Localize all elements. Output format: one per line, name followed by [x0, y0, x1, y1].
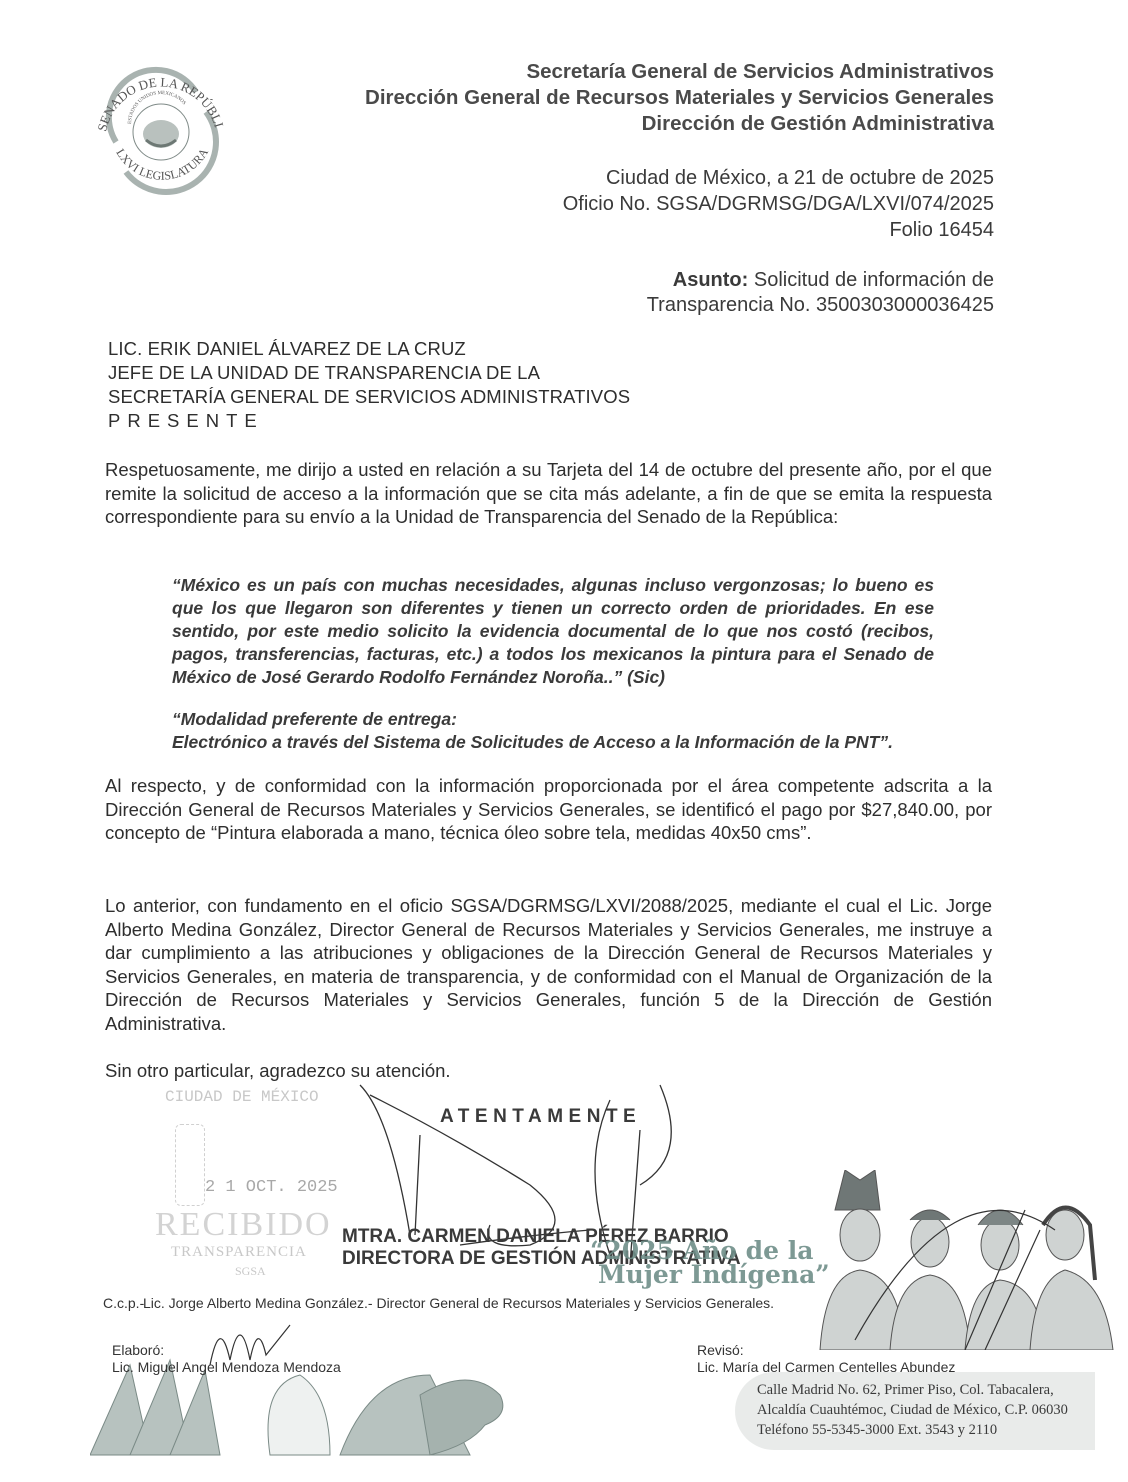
footer-phone: Teléfono 55-5345-3000 Ext. 3543 y 2110 [757, 1420, 1068, 1440]
paragraph-fundamento: Lo anterior, con fundamento en el oficio… [105, 894, 992, 1035]
motto-line2: Mujer Indígena” [598, 1262, 830, 1288]
stamp-frame [175, 1124, 205, 1206]
modalidad-line2: Electrónico a través del Sistema de Soli… [172, 731, 972, 754]
stamp-unit: SGSA [235, 1264, 266, 1279]
addressee-title-2: SECRETARÍA GENERAL DE SERVICIOS ADMINIST… [108, 385, 630, 408]
addressee-name: LIC. ERIK DANIEL ÁLVAREZ DE LA CRUZ [108, 337, 466, 360]
paragraph-response: Al respecto, y de conformidad con la inf… [105, 774, 992, 845]
request-quote: “México es un país con muchas necesidade… [172, 574, 934, 689]
elaboro-label: Elaboró: [112, 1341, 164, 1359]
modalidad-line1: “Modalidad preferente de entrega: [172, 708, 972, 731]
initials-scribble-icon [200, 1310, 300, 1370]
ccp-label: C.c.p.- [103, 1294, 144, 1312]
asunto: Asunto: Solicitud de información de [673, 267, 994, 293]
footer-address-line2: Alcaldía Cuauhtémoc, Ciudad de México, C… [757, 1400, 1068, 1420]
header-secretaria: Secretaría General de Servicios Administ… [526, 59, 994, 85]
oficio-number: Oficio No. SGSA/DGRMSG/DGA/LXVI/074/2025 [563, 191, 994, 217]
place-date: Ciudad de México, a 21 de octubre de 202… [606, 165, 994, 191]
asunto-line2: Transparencia No. 3500303000036425 [647, 292, 994, 318]
footer-address: Calle Madrid No. 62, Primer Piso, Col. T… [757, 1380, 1068, 1440]
senate-seal: SENADO DE LA REPÚBLICA ESTADOS UNIDOS ME… [86, 52, 236, 202]
stamp-received: RECIBIDO [155, 1206, 332, 1244]
header-direccion: Dirección de Gestión Administrativa [642, 111, 994, 137]
senate-seal-icon: SENADO DE LA REPÚBLICA ESTADOS UNIDOS ME… [86, 52, 236, 202]
asunto-text: Solicitud de información de [748, 269, 994, 291]
header-direccion-general: Dirección General de Recursos Materiales… [365, 85, 994, 111]
folio-number: Folio 16454 [889, 217, 994, 243]
atentamente: ATENTAMENTE [440, 1106, 641, 1128]
paragraph-intro: Respetuosamente, me dirijo a usted en re… [105, 458, 992, 529]
stamp-date: 2 1 OCT. 2025 [205, 1178, 338, 1197]
indigenous-portraits-illustration-icon [815, 1170, 1115, 1350]
stamp-area: TRANSPARENCIA [171, 1244, 307, 1261]
reviso-label: Revisó: [697, 1341, 744, 1359]
stamp-top: CIUDAD DE MÉXICO [165, 1088, 319, 1106]
received-stamp: CIUDAD DE MÉXICO 2 1 OCT. 2025 RECIBIDO … [155, 1088, 355, 1288]
presente: PRESENTE [108, 409, 264, 432]
footer-address-line1: Calle Madrid No. 62, Primer Piso, Col. T… [757, 1380, 1068, 1400]
svg-text:ESTADOS UNIDOS MEXICANOS: ESTADOS UNIDOS MEXICANOS [128, 91, 187, 124]
addressee-title-1: JEFE DE LA UNIDAD DE TRANSPARENCIA DE LA [108, 361, 540, 384]
asunto-label: Asunto: [673, 269, 749, 291]
